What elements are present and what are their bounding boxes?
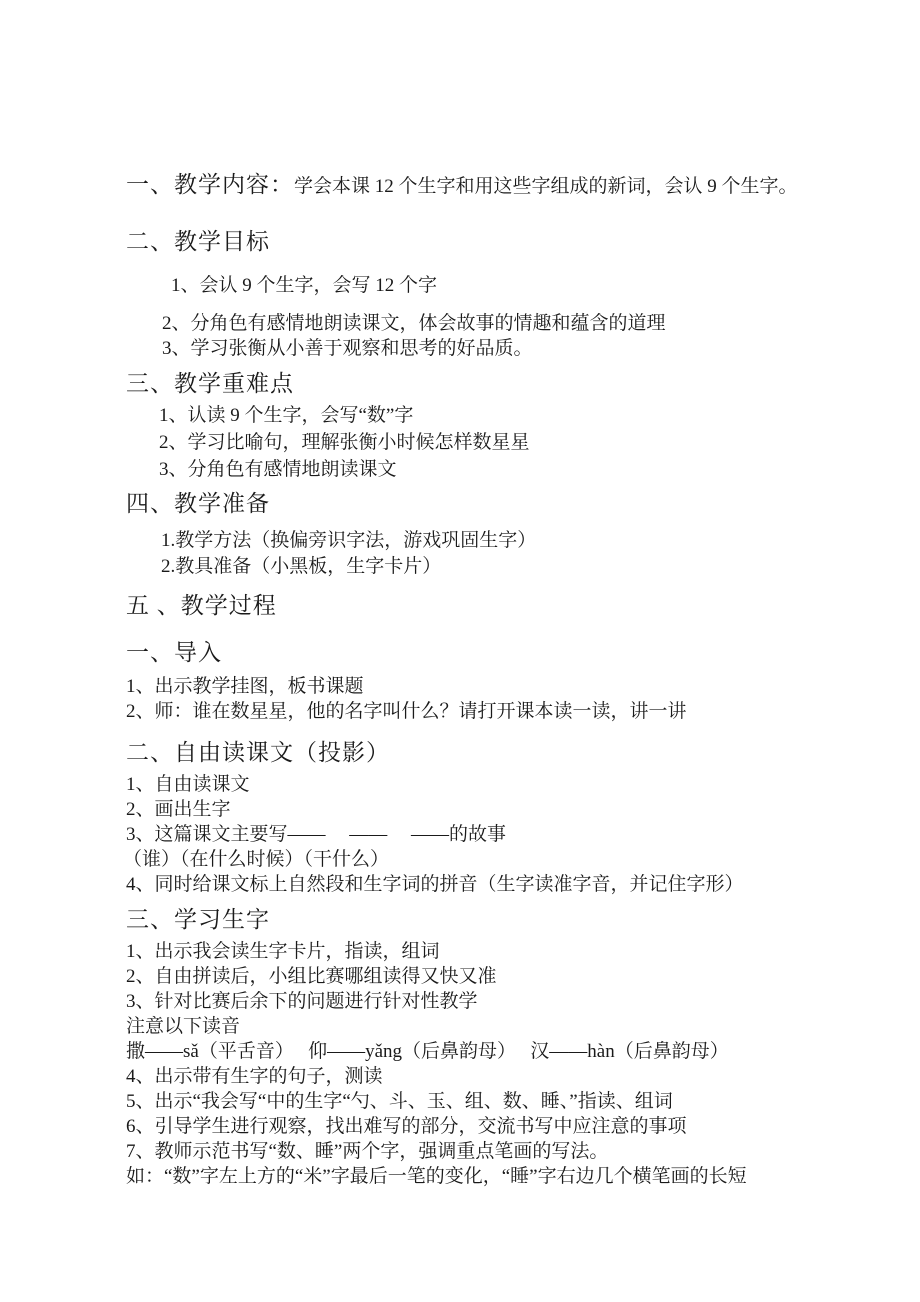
heading-lead-in: 一、导入	[126, 637, 806, 668]
list-item: 7、教师示范书写“数、睡”两个字，强调重点笔画的写法。	[126, 1139, 806, 1164]
list-item: 2、自由拼读后，小组比赛哪组读得又快又准	[126, 964, 806, 989]
list-item: 1、认读 9 个生字，会写“数”字	[126, 403, 806, 428]
list-item: 5、出示“我会写“中的生字“勺、斗、玉、组、数、睡、”指读、组词	[126, 1089, 806, 1114]
list-item: 3、学习张衡从小善于观察和思考的好品质。	[126, 336, 806, 361]
heading-teaching-process: 五 、教学过程	[126, 590, 806, 621]
list-item: 1、出示教学挂图，板书课题	[126, 674, 806, 699]
document-page: 一、教学内容：学会本课 12 个生字和用这些字组成的新词，会认 9 个生字。 二…	[0, 0, 920, 1302]
list-item: 1.教学方法（换偏旁识字法，游戏巩固生字）	[126, 528, 806, 553]
list-item: 6、引导学生进行观察，找出难写的部分，交流书写中应注意的事项	[126, 1114, 806, 1139]
list-item: 4、出示带有生字的句子，测读	[126, 1064, 806, 1089]
teaching-content-text: 学会本课 12 个生字和用这些字组成的新词，会认 9 个生字。	[294, 176, 798, 197]
list-item: （谁）（在什么时候）（干什么）	[123, 847, 806, 872]
list-item: 2.教具准备（小黑板，生字卡片）	[126, 554, 806, 579]
heading-learn-new-characters: 三、学习生字	[126, 904, 806, 935]
list-item: 注意以下读音	[126, 1014, 806, 1039]
heading-teaching-goals: 二、教学目标	[126, 226, 806, 257]
list-item: 撒——sǎ（平舌音） 仰——yǎng（后鼻韵母） 汉——hàn（后鼻韵母）	[126, 1039, 806, 1064]
list-item: 4、同时给课文标上自然段和生字词的拼音（生字读准字音，并记住字形）	[126, 872, 806, 897]
heading-teaching-content: 一、教学内容：	[126, 172, 294, 197]
document-content: 一、教学内容：学会本课 12 个生字和用这些字组成的新词，会认 9 个生字。 二…	[126, 169, 806, 1189]
heading-key-difficult-points: 三、教学重难点	[126, 368, 806, 399]
list-item: 3、这篇课文主要写—— —— ——的故事	[126, 822, 806, 847]
section-teaching-content-line: 一、教学内容：学会本课 12 个生字和用这些字组成的新词，会认 9 个生字。	[126, 169, 806, 202]
heading-free-reading: 二、自由读课文（投影）	[126, 737, 806, 768]
list-item: 2、分角色有感情地朗读课文，体会故事的情趣和蕴含的道理	[126, 311, 806, 336]
list-item: 2、师：谁在数星星，他的名字叫什么？请打开课本读一读，讲一讲	[126, 699, 806, 724]
list-item: 如：“数”字左上方的“米”字最后一笔的变化，“睡”字右边几个横笔画的长短	[126, 1164, 806, 1189]
list-item: 2、画出生字	[126, 797, 806, 822]
list-item: 1、自由读课文	[126, 772, 806, 797]
list-item: 1、会认 9 个生字，会写 12 个字	[126, 273, 806, 298]
list-item: 3、分角色有感情地朗读课文	[126, 457, 806, 482]
list-item: 2、学习比喻句，理解张衡小时候怎样数星星	[126, 430, 806, 455]
heading-teaching-preparation: 四、教学准备	[126, 488, 806, 519]
list-item: 1、出示我会读生字卡片，指读，组词	[126, 939, 806, 964]
list-item: 3、针对比赛后余下的问题进行针对性教学	[126, 989, 806, 1014]
